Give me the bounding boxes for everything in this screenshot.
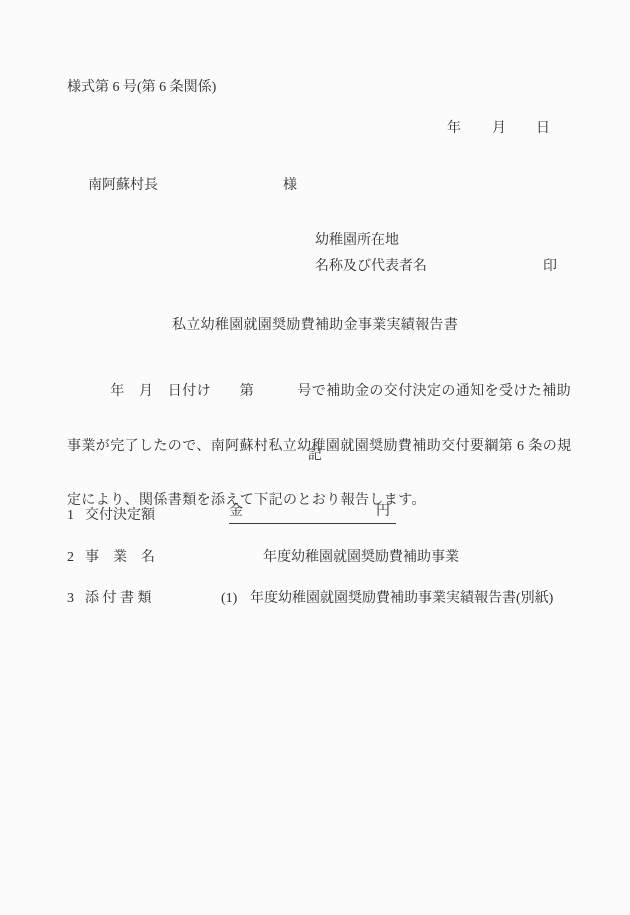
document-page: 様式第 6 号(第 6 条関係) 年 月 日 南阿蘇村長 様 幼稚園所在地 名称…	[0, 0, 630, 915]
amount-blank-field: 金 円	[229, 504, 396, 524]
applicant-location-label: 幼稚園所在地	[315, 233, 399, 249]
date-month-label: 月	[492, 121, 506, 137]
amount-prefix: 金	[229, 504, 243, 520]
date-day-label: 日	[536, 121, 550, 137]
addressee-name: 南阿蘇村長	[88, 178, 158, 194]
form-number: 様式第 6 号(第 6 条関係)	[67, 80, 216, 96]
date-year-label: 年	[447, 121, 461, 137]
amount-suffix: 円	[376, 504, 390, 520]
item-value: 年度幼稚園就園奨励費補助事業	[263, 550, 459, 566]
body-line: 年 月 日付け 第 号で補助金の交付決定の通知を受けた補助	[67, 384, 564, 406]
item-number: 1	[67, 508, 74, 524]
document-title: 私立幼稚園就園奨励費補助金事業実績報告書	[0, 318, 630, 334]
addressee-honorific: 様	[283, 178, 297, 194]
item-sub-marker: (1)	[221, 591, 237, 607]
item-number: 2	[67, 550, 74, 566]
item-label: 事 業 名	[85, 550, 155, 566]
item-value: 年度幼稚園就園奨励費補助事業実績報告書(別紙)	[250, 591, 553, 607]
applicant-name-label: 名称及び代表者名	[315, 259, 427, 275]
item-label: 交付決定額	[85, 508, 155, 524]
record-marker: 記	[0, 448, 630, 464]
seal-mark: 印	[543, 259, 557, 275]
item-label: 添 付 書 類	[85, 591, 152, 607]
item-number: 3	[67, 591, 74, 607]
